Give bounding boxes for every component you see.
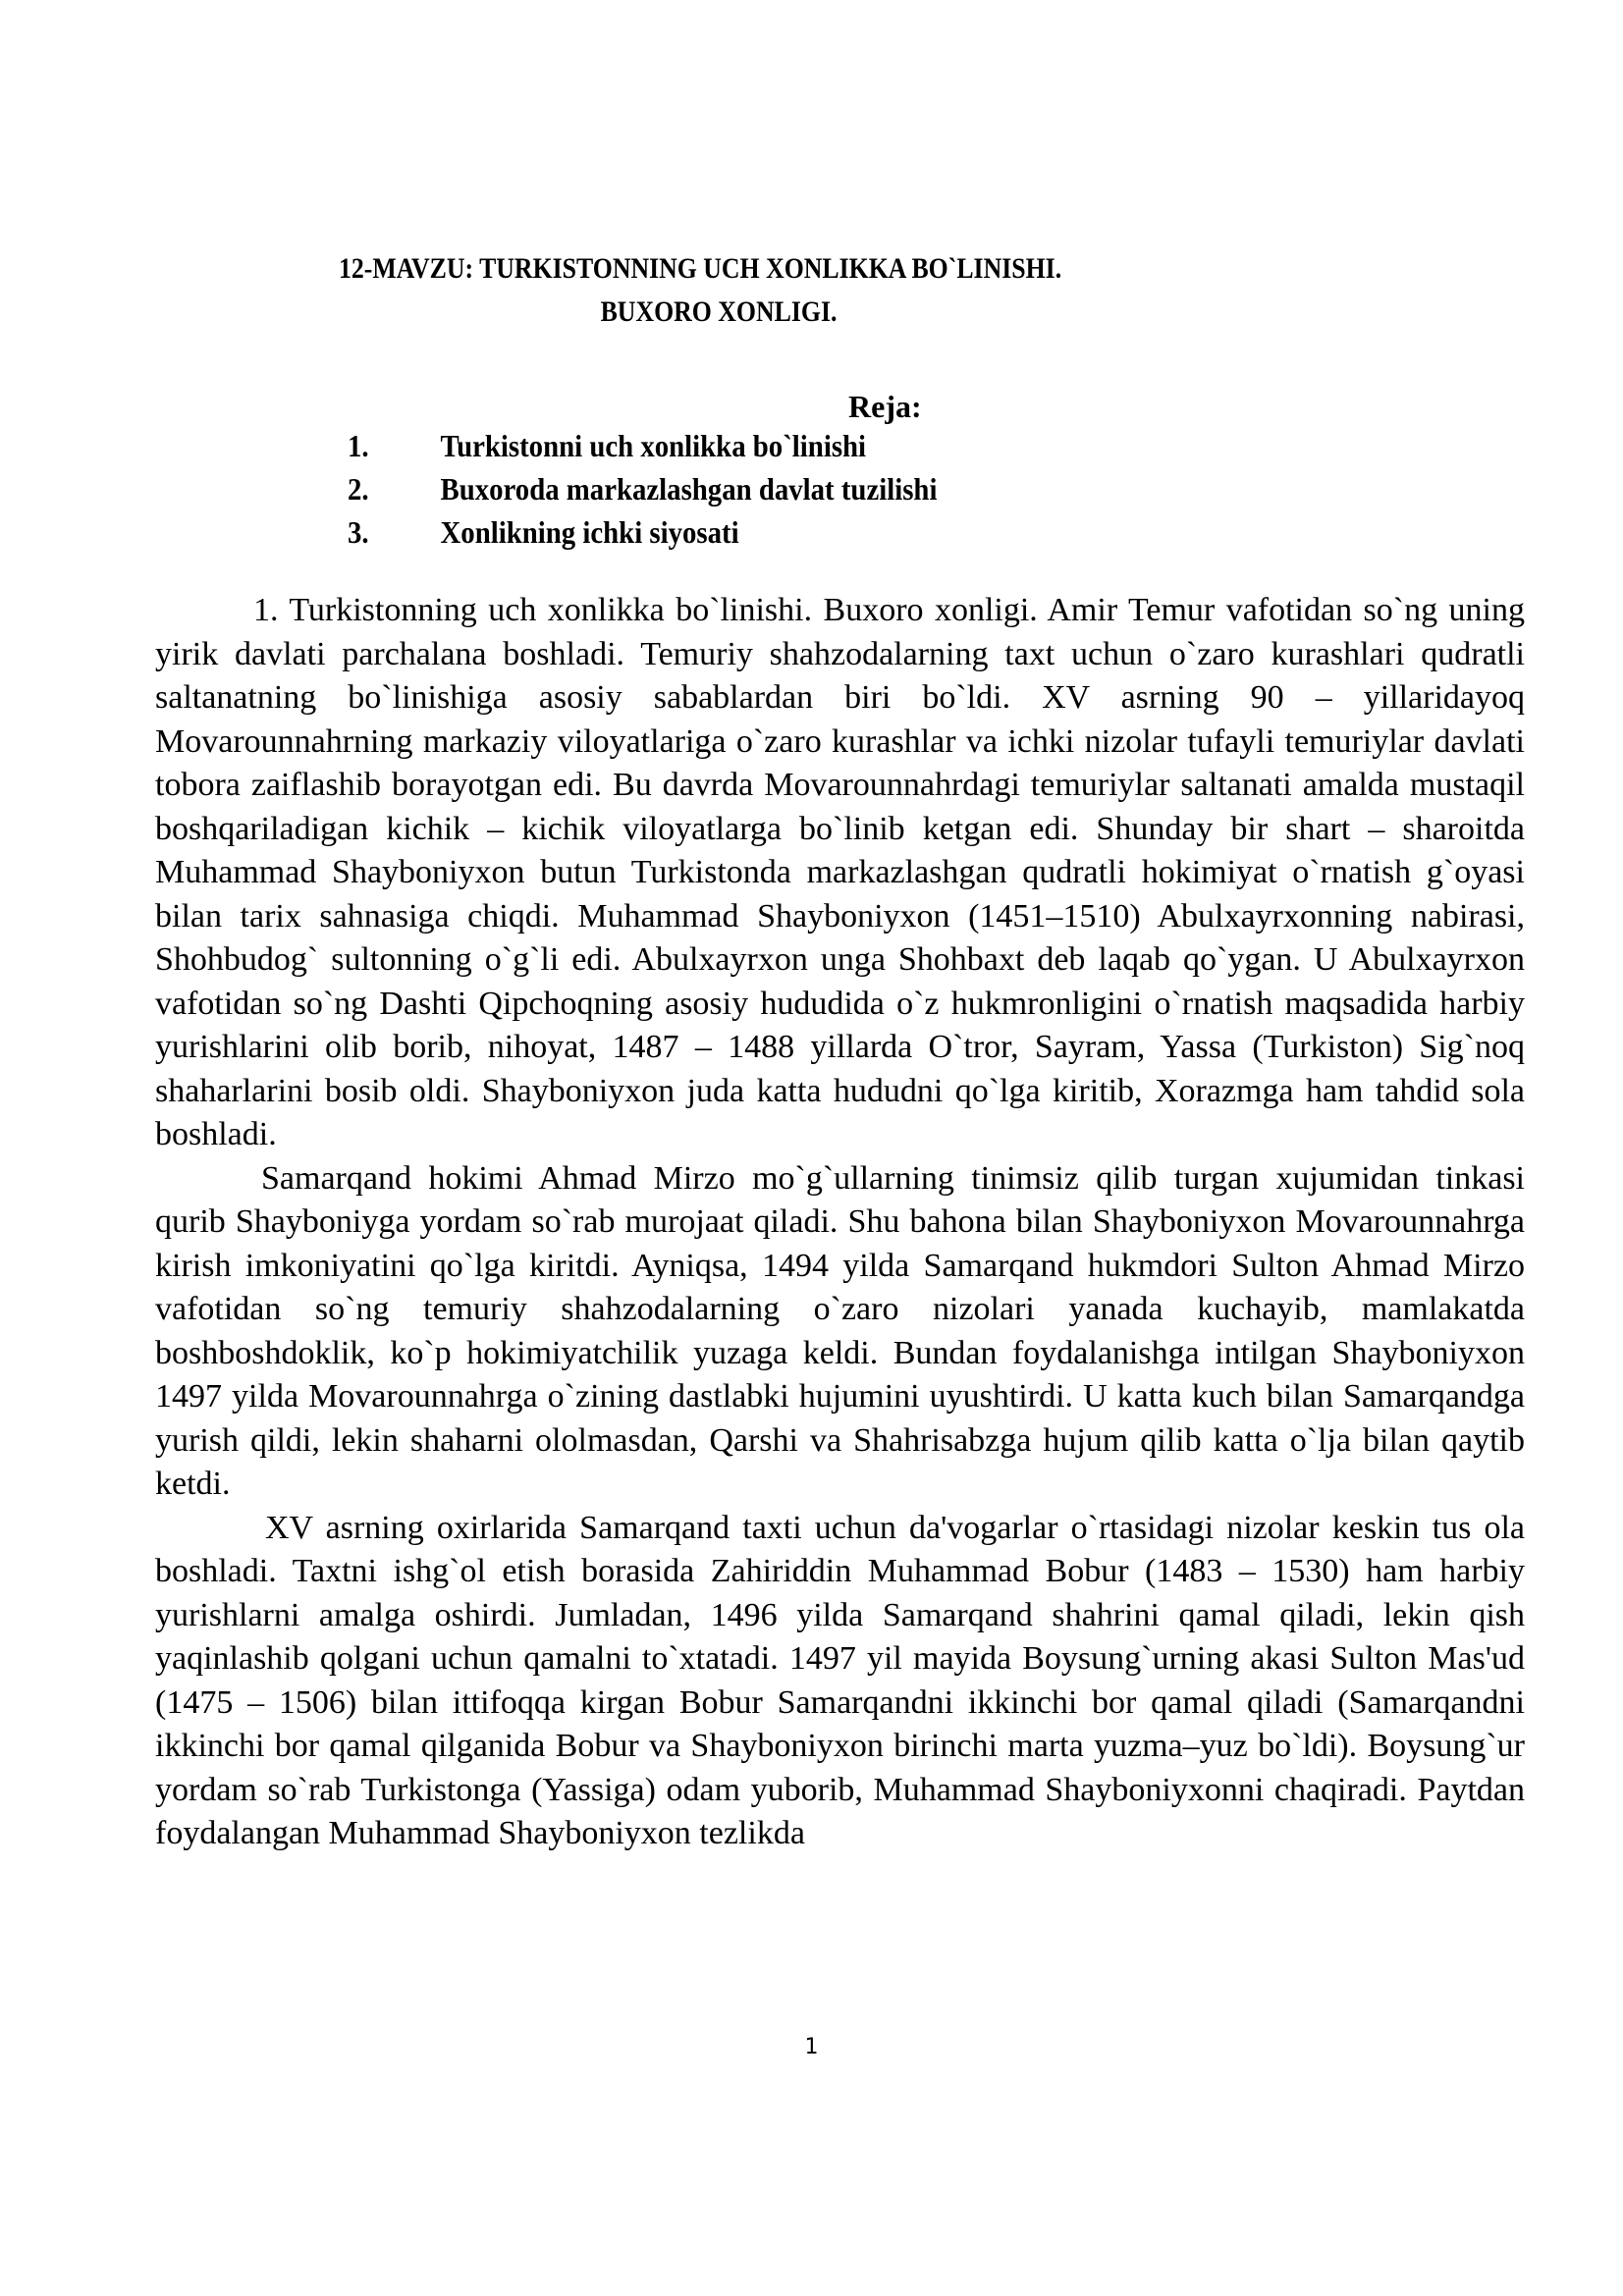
plan-item: 3. Xonlikning ichki siyosati [348, 510, 937, 554]
title-line-1: 12-MAVZU: TURKISTONNING UCH XONLIKKA BO`… [339, 252, 1061, 285]
title-line-2: BUXORO XONLIGI. [339, 291, 1268, 334]
plan-item-text: Xonlikning ichki siyosati [441, 510, 739, 554]
body-text: 1. Turkistonning uch xonlikka bo`linishi… [155, 589, 1525, 1856]
document-page: 12-MAVZU: TURKISTONNING UCH XONLIKKA BO`… [0, 0, 1623, 2296]
plan-item-number: 1. [348, 424, 441, 467]
paragraph: 1. Turkistonning uch xonlikka bo`linishi… [155, 589, 1525, 1157]
paragraph: XV asrning oxirlarida Samarqand taxti uc… [155, 1507, 1525, 1856]
page-title: 12-MAVZU: TURKISTONNING UCH XONLIKKA BO`… [339, 247, 1268, 334]
plan-item: 1. Turkistonni uch xonlikka bo`linishi [348, 424, 937, 467]
plan-list: 1. Turkistonni uch xonlikka bo`linishi 2… [348, 424, 1002, 554]
page-number: 1 [0, 2035, 1623, 2059]
plan-item-number: 2. [348, 467, 441, 510]
plan-item-text: Turkistonni uch xonlikka bo`linishi [441, 424, 867, 467]
plan-heading: Reja: [848, 385, 922, 428]
plan-item-number: 3. [348, 510, 441, 554]
plan-item: 2. Buxoroda markazlashgan davlat tuzilis… [348, 467, 937, 510]
paragraph: Samarqand hokimi Ahmad Mirzo mo`g`ullarn… [155, 1157, 1525, 1507]
plan-item-text: Buxoroda markazlashgan davlat tuzilishi [441, 467, 938, 510]
